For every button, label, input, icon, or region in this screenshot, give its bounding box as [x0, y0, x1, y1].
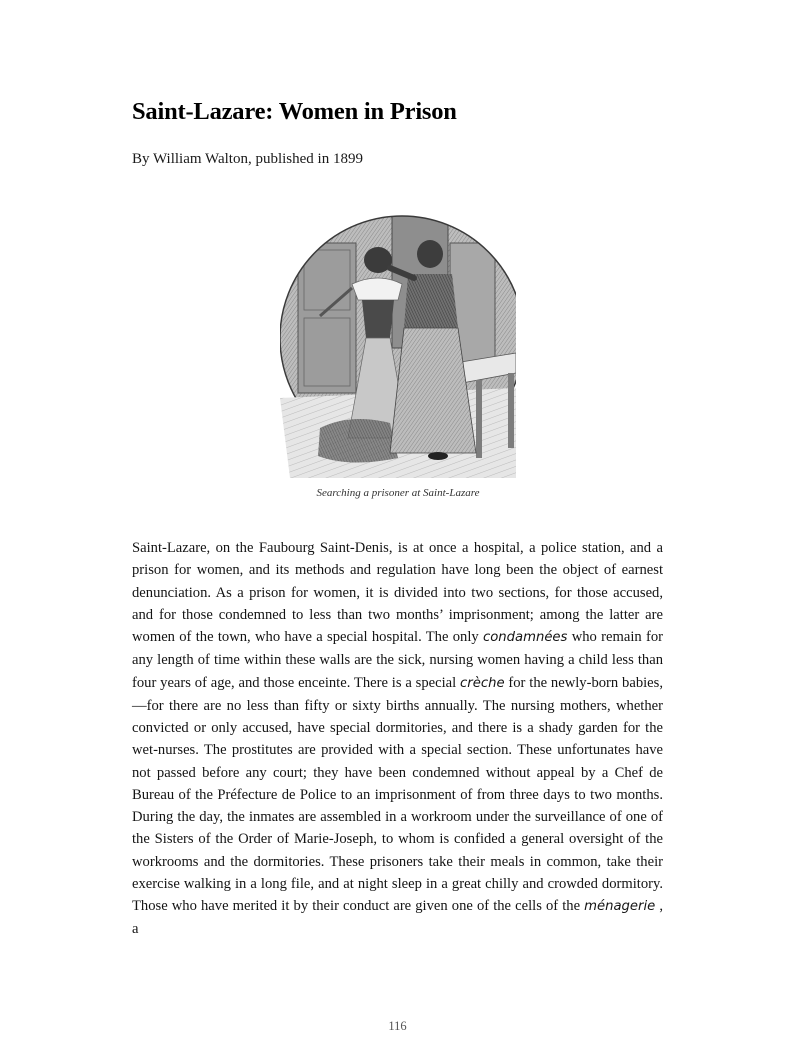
illustration-figure [280, 188, 516, 483]
text-run: for the newly-born babies,—for there are… [132, 675, 663, 915]
italic-term: crèche [460, 676, 505, 691]
body-paragraph: Saint-Lazare, on the Faubourg Saint-Deni… [132, 537, 663, 941]
italic-term: ménagerie [584, 899, 655, 914]
italic-term: condamnées [483, 630, 567, 645]
byline: By William Walton, published in 1899 [132, 151, 363, 168]
figure-caption: Searching a prisoner at Saint-Lazare [260, 487, 536, 499]
page-number: 116 [0, 1019, 795, 1034]
page-title: Saint-Lazare: Women in Prison [132, 98, 457, 126]
engraving-illustration [280, 188, 516, 483]
